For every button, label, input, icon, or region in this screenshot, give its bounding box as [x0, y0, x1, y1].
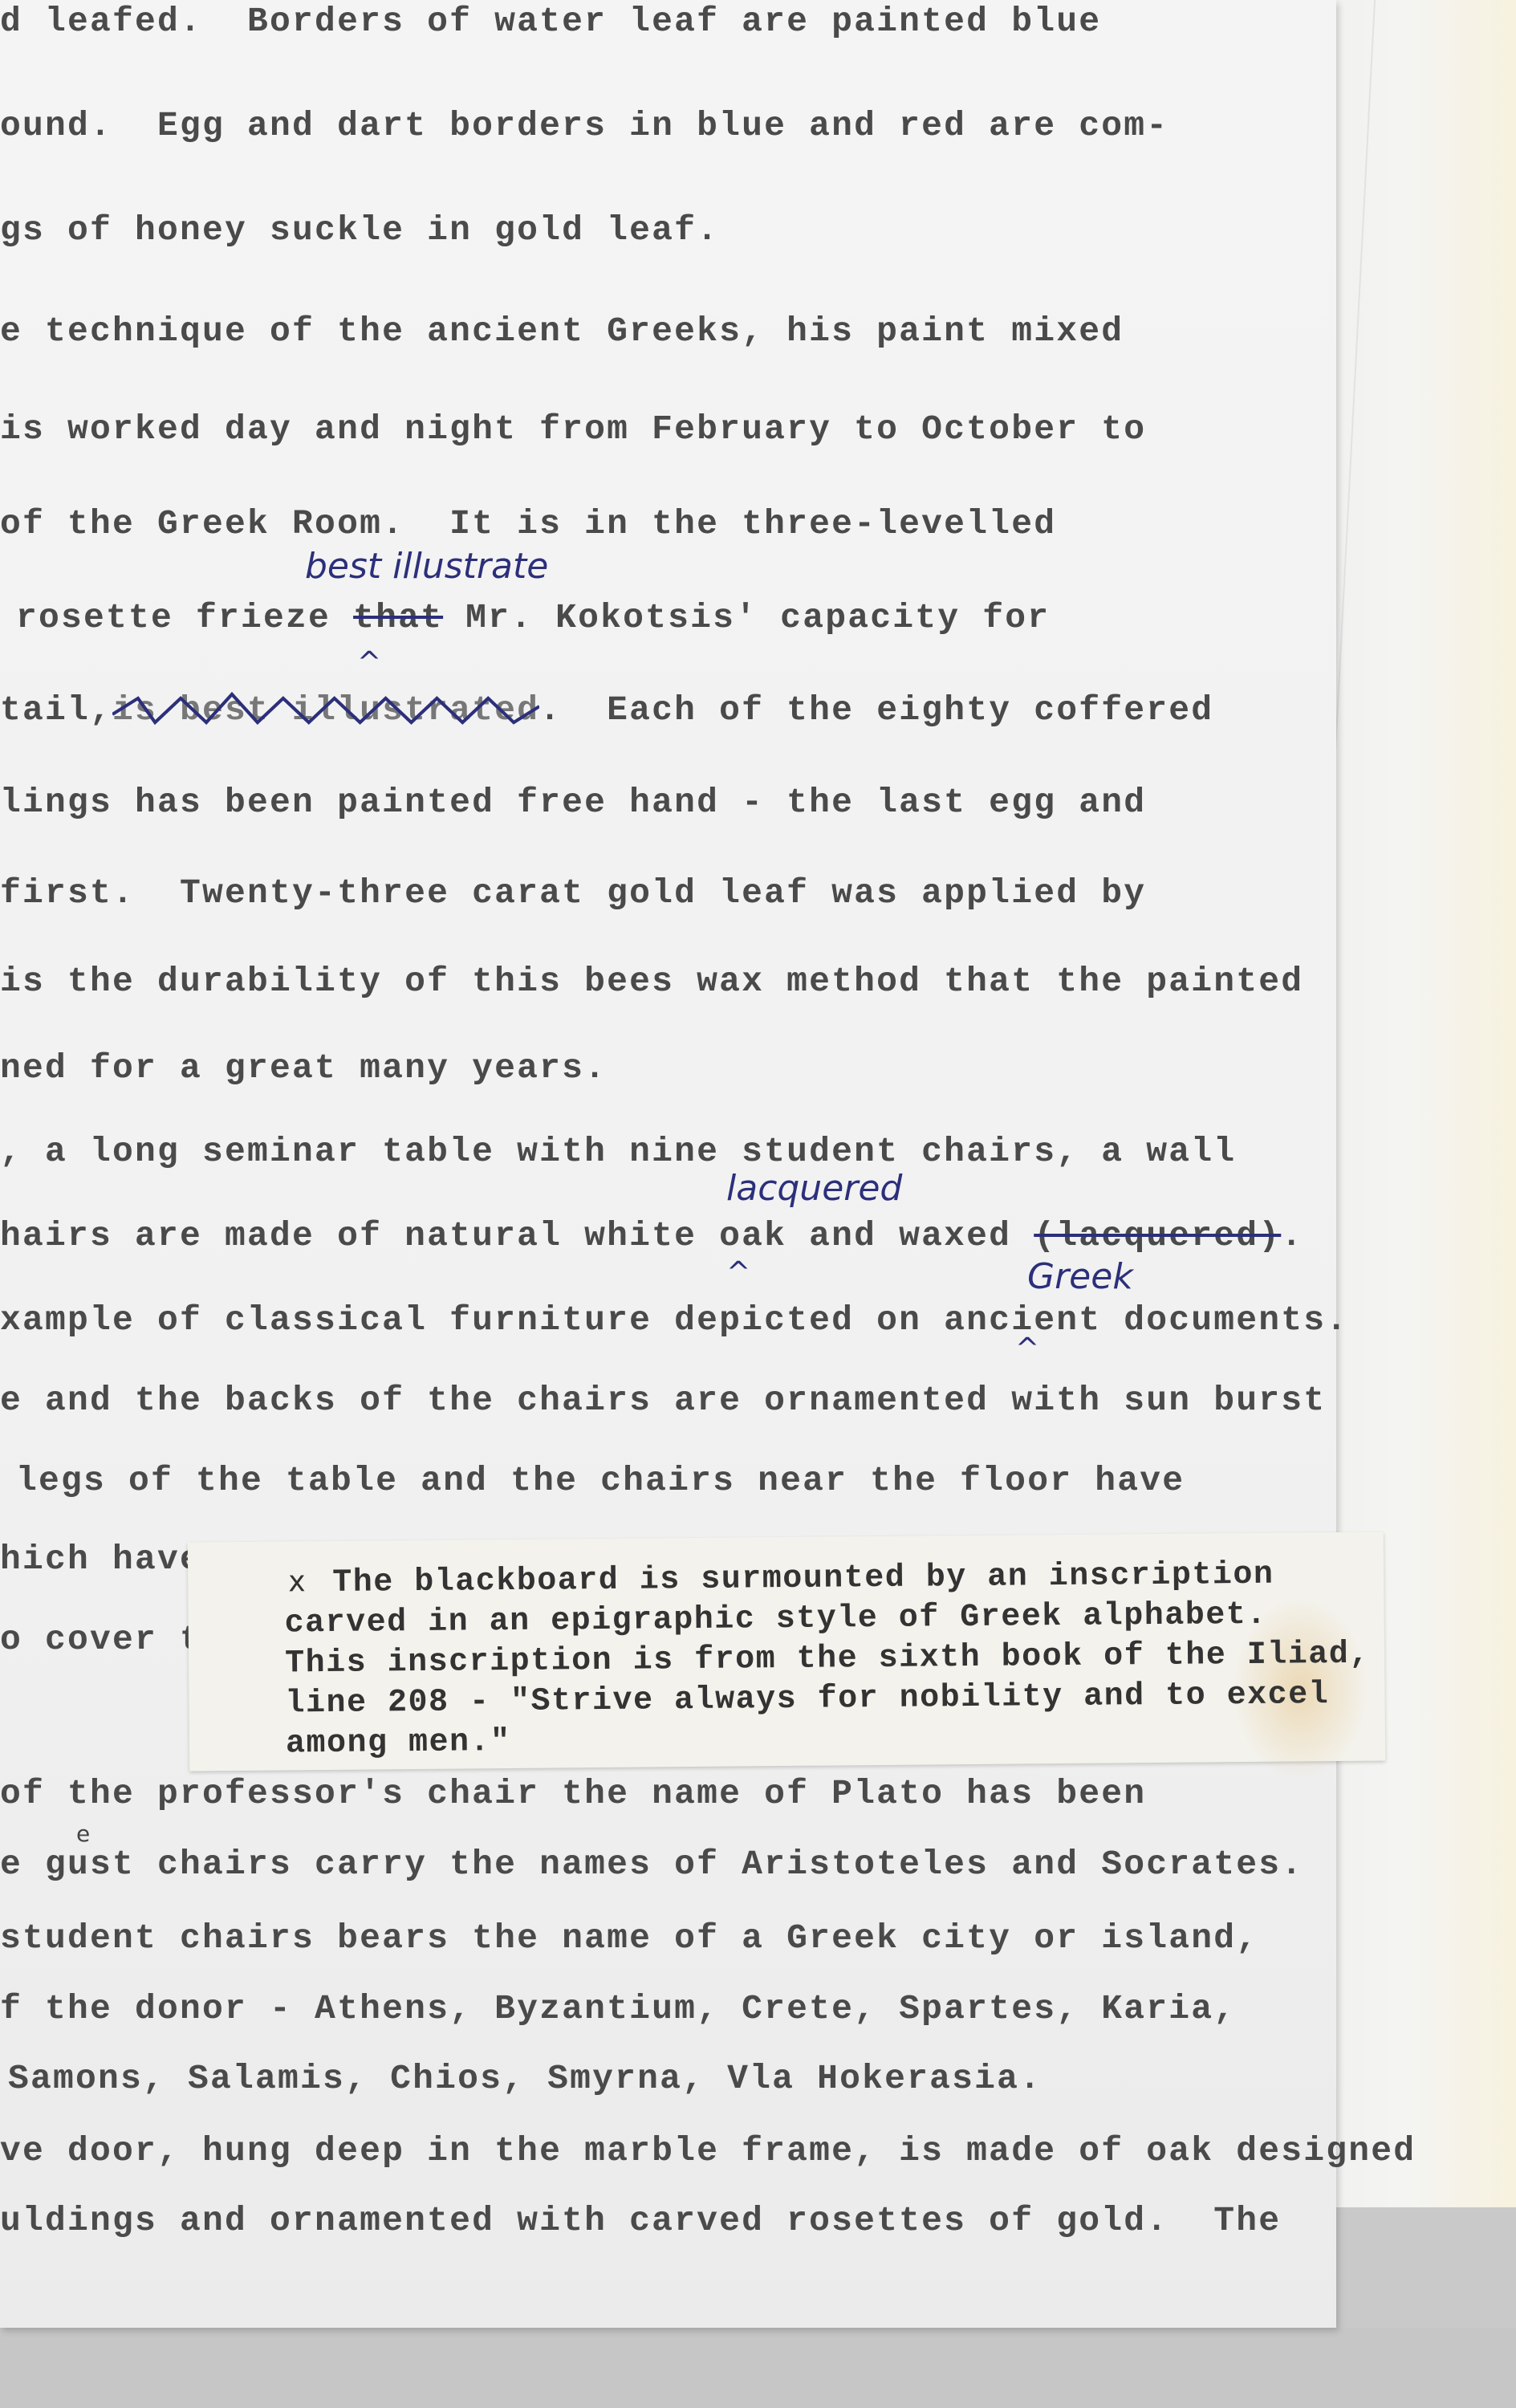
insertion-caret: ^ — [357, 646, 381, 679]
scribbled-out-text: is best illustrated — [112, 690, 539, 730]
text-fragment: . — [1281, 1216, 1303, 1255]
note-line: The blackboard is surmounted by an inscr… — [332, 1557, 1274, 1602]
text-fragment: rosette frieze — [16, 598, 331, 637]
text-line: uldings and ornamented with carved roset… — [0, 2201, 1281, 2241]
typed-correction: e — [76, 1820, 90, 1847]
text-line: first. Twenty-three carat gold leaf was … — [0, 873, 1146, 913]
text-line: of the professor's chair the name of Pla… — [0, 1774, 1146, 1814]
text-line: hich have — [0, 1540, 202, 1580]
text-fragment: hairs are made of natural white oak and … — [0, 1216, 1011, 1255]
text-line: is the durability of this bees wax metho… — [0, 962, 1303, 1002]
text-line: of the Greek Room. It is in the three-le… — [0, 504, 1056, 544]
text-line: rosette frieze that Mr. Kokotsis' capaci… — [16, 598, 1050, 638]
typed-page: d leafed. Borders of water leaf are pain… — [0, 0, 1336, 2328]
text-line: ve door, hung deep in the marble frame, … — [0, 2131, 1416, 2171]
text-line: d leafed. Borders of water leaf are pain… — [0, 2, 1101, 42]
handwritten-insertion: Greek — [1027, 1256, 1133, 1297]
text-line: e gust chairs carry the names of Aristot… — [0, 1845, 1303, 1885]
text-line: student chairs bears the name of a Greek… — [0, 1918, 1258, 1959]
pasted-note-slip: x The blackboard is surmounted by an ins… — [188, 1532, 1385, 1771]
text-line: f the donor - Athens, Byzantium, Crete, … — [0, 1989, 1236, 2029]
handwritten-insertion: best illustrate — [305, 546, 548, 587]
insertion-caret: ^ — [1015, 1332, 1039, 1365]
table-surface — [0, 2328, 1516, 2408]
text-line: legs of the table and the chairs near th… — [16, 1461, 1185, 1501]
note-line: line 208 - "Strive always for nobility a… — [285, 1677, 1329, 1723]
struck-word: that — [353, 598, 443, 637]
text-line: is worked day and night from February to… — [0, 409, 1146, 449]
text-line: ound. Egg and dart borders in blue and r… — [0, 106, 1168, 146]
text-fragment: tail, — [0, 690, 112, 730]
text-line: Samons, Salamis, Chios, Smyrna, Vla Hoke… — [8, 2059, 1042, 2099]
text-line: e and the backs of the chairs are orname… — [0, 1381, 1326, 1421]
text-fragment: . Each of the eighty coffered — [539, 690, 1213, 730]
note-line: This inscription is from the sixth book … — [285, 1637, 1370, 1683]
text-line: e technique of the ancient Greeks, his p… — [0, 311, 1124, 352]
text-line: lings has been painted free hand - the l… — [0, 783, 1146, 823]
insertion-caret: ^ — [726, 1256, 750, 1289]
text-line: , a long seminar table with nine student… — [0, 1132, 1236, 1172]
handwritten-insertion: lacquered — [726, 1168, 902, 1209]
text-fragment: Mr. Kokotsis' capacity for — [465, 598, 1050, 637]
note-line: carved in an epigraphic style of Greek a… — [284, 1597, 1267, 1643]
asterisk-mark: x — [288, 1565, 306, 1598]
text-line: ned for a great many years. — [0, 1048, 607, 1088]
struck-word: (lacquered) — [1034, 1216, 1281, 1255]
text-line: xample of classical furniture depicted o… — [0, 1300, 1348, 1340]
note-line: among men." — [286, 1724, 511, 1763]
text-line: tail,is best illustrated. Each of the ei… — [0, 690, 1213, 730]
text-line: hairs are made of natural white oak and … — [0, 1216, 1303, 1256]
text-line: gs of honey suckle in gold leaf. — [0, 210, 719, 250]
